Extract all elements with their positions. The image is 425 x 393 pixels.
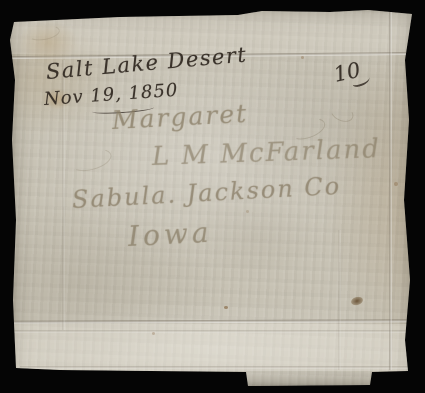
photo-scene: Salt Lake Desert Nov 19, 1850 10 Margare… — [0, 0, 425, 393]
fold-crease-center — [338, 230, 341, 370]
fold-crease-bottom-3 — [20, 366, 410, 369]
foxing-speck — [394, 182, 398, 186]
fold-crease-left — [62, 60, 65, 330]
foxing-speck — [224, 306, 228, 309]
folded-letter-cover: Salt Lake Desert Nov 19, 1850 10 Margare… — [0, 0, 425, 393]
foxing-speck — [152, 332, 155, 335]
fold-crease-bottom-2 — [12, 330, 410, 333]
fold-crease-right — [389, 12, 392, 370]
foxing-speck — [301, 56, 304, 59]
foxing-speck — [246, 210, 249, 213]
